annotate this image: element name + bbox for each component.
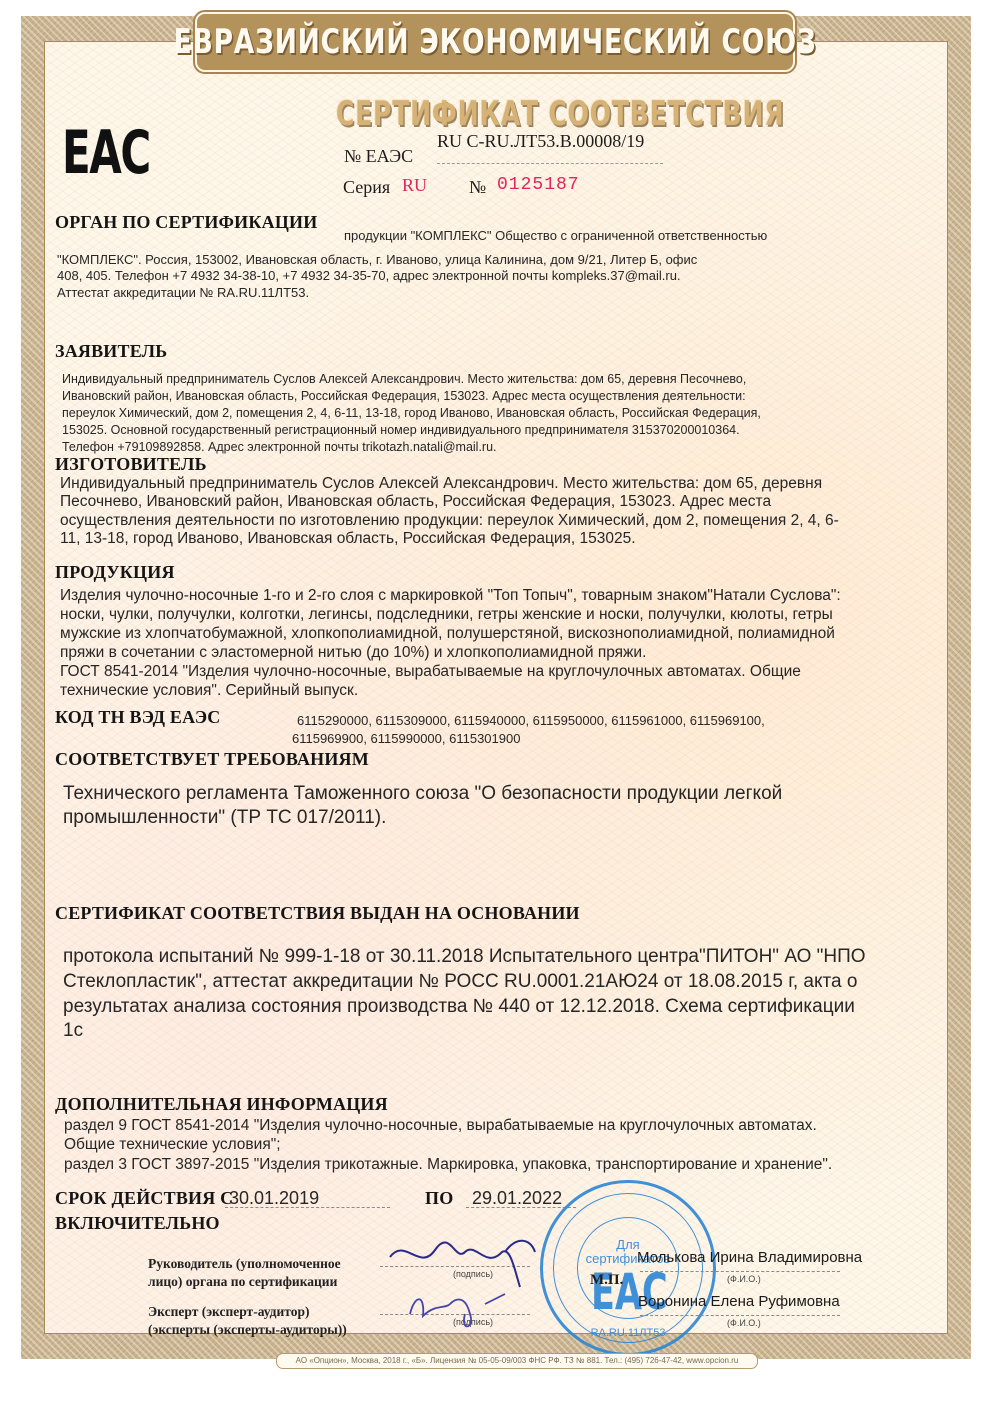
- applicant-line: Ивановский район, Ивановская область, Ро…: [62, 388, 746, 404]
- union-name: ЕВРАЗИЙСКИЙ ЭКОНОМИЧЕСКИЙ СОЮЗ: [174, 22, 817, 62]
- requirements-line: промышленности" (ТР ТС 017/2011).: [63, 805, 386, 830]
- applicant-line: 153025. Основной государственный регистр…: [62, 422, 740, 438]
- cert-number: RU C-RU.ЛТ53.В.00008/19: [437, 131, 644, 152]
- applicant-heading: ЗАЯВИТЕЛЬ: [55, 341, 167, 362]
- additional-info-heading: ДОПОЛНИТЕЛЬНАЯ ИНФОРМАЦИЯ: [55, 1094, 388, 1115]
- basis-line: 1с: [63, 1018, 83, 1043]
- products-line: ГОСТ 8541-2014 "Изделия чулочно-носочные…: [60, 662, 801, 681]
- additional-info-line: раздел 9 ГОСТ 8541-2014 "Изделия чулочно…: [64, 1116, 817, 1135]
- certification-body-line: продукции "КОМПЛЕКС" Общество с ограниче…: [344, 228, 767, 245]
- products-line: пряжи в сочетании с эластомерной нитью (…: [60, 643, 646, 662]
- blank-number: 0125187: [497, 175, 580, 195]
- products-heading: ПРОДУКЦИЯ: [55, 562, 175, 583]
- manufacturer-line: 11, 13-18, город Иваново, Ивановская обл…: [60, 529, 636, 548]
- seal-label: М.П.: [590, 1272, 623, 1289]
- certification-body-line: Аттестат аккредитации № RA.RU.11ЛТ53.: [57, 285, 309, 302]
- cert-number-label: № ЕАЭС: [344, 146, 413, 167]
- expert-label: Эксперт (эксперт-аудитор): [148, 1302, 309, 1321]
- document-title: СЕРТИФИКАТ СООТВЕТСТВИЯ: [336, 94, 654, 134]
- manufacturer-line: Индивидуальный предприниматель Суслов Ал…: [60, 474, 822, 493]
- requirements-line: Технического регламента Таможенного союз…: [63, 781, 782, 806]
- cert-number-underline: [437, 163, 663, 164]
- expert-name-line: [640, 1315, 840, 1316]
- additional-info-line: Общие технические условия";: [64, 1135, 281, 1154]
- tn-ved-codes: 6115969900, 6115990000, 6115301900: [292, 731, 520, 748]
- certification-body-heading: ОРГАН ПО СЕРТИФИКАЦИИ: [55, 212, 317, 233]
- blank-number-label: №: [469, 177, 486, 198]
- certification-body-line: 408, 405. Телефон +7 4932 34-38-10, +7 4…: [57, 268, 681, 285]
- applicant-line: переулок Химический, дом 2, помещения 2,…: [62, 405, 761, 421]
- manufacturer-line: осуществления деятельности по изготовлен…: [60, 511, 839, 530]
- basis-line: протокола испытаний № 999-1-18 от 30.11.…: [63, 944, 866, 969]
- printer-info: АО «Опцион», Москва, 2018 г., «Б». Лицен…: [276, 1353, 758, 1369]
- tn-ved-heading: КОД ТН ВЭД ЕАЭС: [55, 707, 220, 728]
- expert-name: Воронина Елена Руфимовна: [638, 1293, 840, 1310]
- products-line: носки, чулки, получулки, колготки, легин…: [60, 605, 833, 624]
- validity-from-underline: [225, 1207, 390, 1208]
- union-banner: ЕВРАЗИЙСКИЙ ЭКОНОМИЧЕСКИЙ СОЮЗ: [195, 12, 795, 72]
- validity-to-underline: [466, 1207, 576, 1208]
- basis-line: результатах анализа состояния производст…: [63, 994, 855, 1019]
- stamp-text: RA.RU.11ЛТ53: [543, 1327, 713, 1339]
- products-line: Изделия чулочно-носочные 1-го и 2-го сло…: [60, 586, 841, 605]
- basis-heading: СЕРТИФИКАТ СООТВЕТСТВИЯ ВЫДАН НА ОСНОВАН…: [55, 903, 580, 924]
- head-name-caption: (Ф.И.О.): [727, 1274, 761, 1284]
- certification-body-line: "КОМПЛЕКС". Россия, 153002, Ивановская о…: [57, 252, 697, 269]
- products-line: технические условия". Серийный выпуск.: [60, 681, 358, 700]
- series-value: RU: [402, 175, 427, 196]
- series-label: Серия: [343, 177, 390, 198]
- products-line: мужские из хлопчатобумажной, хлопкополиа…: [60, 624, 835, 643]
- applicant-line: Телефон +79109892858. Адрес электронной …: [62, 439, 497, 455]
- head-name: Молькова Ирина Владимировна: [637, 1249, 862, 1266]
- tn-ved-codes: 6115290000, 6115309000, 6115940000, 6115…: [297, 713, 765, 730]
- validity-from-label: СРОК ДЕЙСТВИЯ С: [55, 1188, 233, 1209]
- manufacturer-line: Песочнево, Ивановский район, Ивановская …: [60, 492, 771, 511]
- validity-inclusive-label: ВКЛЮЧИТЕЛЬНО: [55, 1213, 220, 1234]
- expert-name-caption: (Ф.И.О.): [727, 1318, 761, 1328]
- head-label: Руководитель (уполномоченное: [148, 1254, 341, 1273]
- head-label: лицо) органа по сертификации: [148, 1272, 337, 1291]
- basis-line: Стеклопластик", аттестат аккредитации № …: [63, 969, 857, 994]
- requirements-heading: СООТВЕТСТВУЕТ ТРЕБОВАНИЯМ: [55, 749, 369, 770]
- manufacturer-heading: ИЗГОТОВИТЕЛЬ: [55, 454, 207, 475]
- head-name-line: [640, 1271, 840, 1272]
- eac-logo-icon: ЕАС: [62, 118, 150, 188]
- head-signature-icon: [385, 1232, 545, 1292]
- expert-label: (эксперты (эксперты-аудиторы)): [148, 1320, 347, 1339]
- validity-to-label: ПО: [425, 1188, 453, 1209]
- expert-signature-icon: [405, 1284, 525, 1334]
- additional-info-line: раздел 3 ГОСТ 3897-2015 "Изделия трикота…: [64, 1155, 832, 1174]
- certification-stamp: Для сертификатов ЕАС RA.RU.11ЛТ53: [540, 1180, 716, 1356]
- applicant-line: Индивидуальный предприниматель Суслов Ал…: [62, 371, 746, 387]
